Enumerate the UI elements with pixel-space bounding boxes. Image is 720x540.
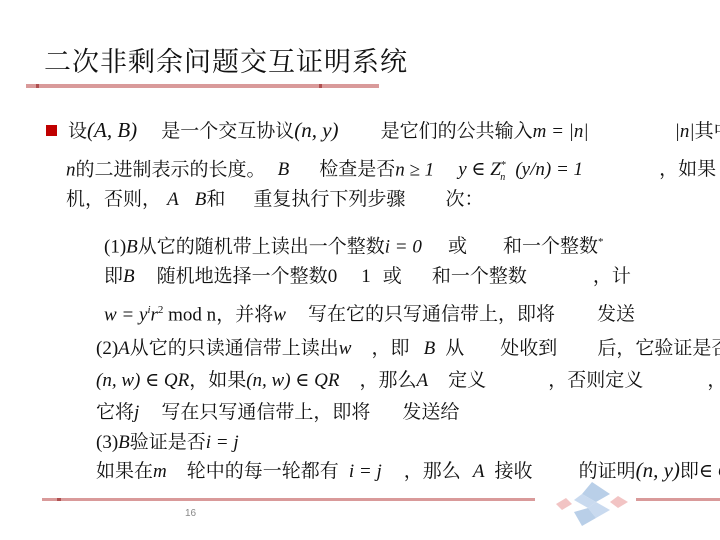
text: 写在它的只写通信带上，即将 [308,303,555,325]
bullet-square-icon [46,125,57,136]
math-w: w = y [104,304,147,325]
math-in-QR: (n, w) ∈ QR [96,370,189,391]
math-input: (n, y) [636,458,680,482]
math-in-QNR: ∈ QNR [699,461,720,482]
math-A: A [118,338,130,359]
math-r: r [151,304,158,325]
text: 处收到 [500,337,557,359]
text: ，如果 [659,158,716,180]
text: 如果在 [96,460,153,482]
text: 发送 [597,303,635,325]
text: 轮中的每一轮都有 [187,460,339,482]
step3-line-1: (3)B验证是否i = j [96,430,239,455]
text: 接收 [495,460,533,482]
sup: * [501,159,507,171]
text: 从 [445,337,464,359]
math-m: m [153,461,167,482]
rule-tick [319,84,322,88]
text: 设 [68,120,87,142]
math-B: B [123,266,135,287]
title-underline [26,84,379,88]
text: 从它的只读通信带上读出 [130,337,339,359]
math-one: 1 [361,266,371,287]
text: 即 [680,460,699,482]
text: ，并将 [216,303,273,325]
intro-line-3: 机，否则， A B和 重复执行下列步骤 次： [66,187,483,212]
intro-line-2: n的二进制表示的长度。 B 检查是否n ≥ 1 y ∈ Z*n (y/n) = … [66,153,716,190]
math-A: A [473,461,485,482]
sub: n [500,172,505,183]
math-B: B [126,236,138,257]
text: 机，否则， [66,188,161,210]
math-i-eq-j: i = j [206,432,239,453]
step1-line-1: (1)B从它的随机带上读出一个整数i = 0 或 和一个整数* [104,230,604,259]
text: 定义 [448,369,486,391]
text: 即 [104,265,123,287]
math-zero: 0 [328,266,338,287]
math-B: B [195,189,207,210]
text: 从它的随机带上读出一个整数 [138,235,385,257]
text: 随机地选择一个整数 [157,265,328,287]
text: 的二进制表示的长度。 [76,158,266,180]
logo-icon [552,480,632,530]
text: 和 [206,188,225,210]
text: 是它们的公共输入 [381,120,533,142]
step-number: (3) [96,432,118,453]
step-number: (1) [104,236,126,257]
text: 和一个整数 [432,265,527,287]
step2-line-3: 它将j 写在只写通信带上，即将 发送给 [96,400,459,425]
text: 的证明 [579,460,636,482]
math-in-QR: (n, w) ∈ QR [246,370,339,391]
math-B: B [424,338,436,359]
math-i-eq-j: i = j [349,461,382,482]
text: 和一个整数 [503,235,598,257]
math-input: (n, y) [294,118,338,142]
text: 定义 [605,369,643,391]
text: 或 [383,265,402,287]
text: ，如果 [189,369,246,391]
text: 是一个交互协议 [161,120,294,142]
math-cond: n ≥ 1 [395,159,434,180]
footer-rule-left [42,498,535,501]
text: 检查是否 [319,158,395,180]
text: ，否则 [548,369,605,391]
math-protocol: (A, B) [87,118,137,142]
text: 或 [448,235,467,257]
sup: * [598,236,604,248]
text: 其中 [695,120,720,142]
math-w: w [273,304,286,325]
text: 次： [445,188,483,210]
step1-line-2: 即B 随机地选择一个整数0 1 或 和一个整数 ，计 [104,264,631,289]
text: 写在只写通信带上，即将 [161,401,370,423]
page-number: 16 [185,508,196,519]
math-j: j [134,402,139,423]
math-jacobi: (y/n) = 1 [515,159,583,180]
text: ，即 [372,337,410,359]
math-B: B [118,432,130,453]
text: 发送给 [402,401,459,423]
step2-line-1: (2)A从它的只读通信带上读出w ，即 B 从 处收到 后，它验证是否 [96,336,720,361]
text: 验证是否 [130,431,206,453]
step-number: (2) [96,338,118,359]
text: ，那么 [404,460,461,482]
math-A: A [417,370,429,391]
math-B: B [278,159,290,180]
rule-tick [36,84,39,88]
math-w: w [339,338,352,359]
slide-title: 二次非剩余问题交互证明系统 [44,40,408,79]
step1-line-3: w = yir2 mod n，并将w 写在它的只写通信带上，即将 发送 [104,298,635,327]
text: ，那么 [360,369,417,391]
text: ，然 [707,369,720,391]
math-mod: mod n [163,304,216,325]
math-y-in-Z: y ∈ Z [458,159,501,180]
intro-line-1: 设(A, B) 是一个交互协议(n, y) 是它们的公共输入m = |n| |n… [68,118,720,144]
math-m: m = |n| [533,121,589,142]
text: 重复执行下列步骤 [253,188,405,210]
math-abs-n: |n| [675,121,695,142]
step2-line-2: (n, w) ∈ QR，如果(n, w) ∈ QR ，那么A 定义 ，否则定义 … [96,368,720,393]
text: 后，它验证是否 [597,337,720,359]
rule-tick [57,498,61,501]
footer-rule-right [636,498,720,501]
text: ，计 [593,265,631,287]
math-A: A [167,189,179,210]
math-n: n [66,159,76,180]
text: 它将 [96,401,134,423]
math-i0: i = 0 [385,236,422,257]
